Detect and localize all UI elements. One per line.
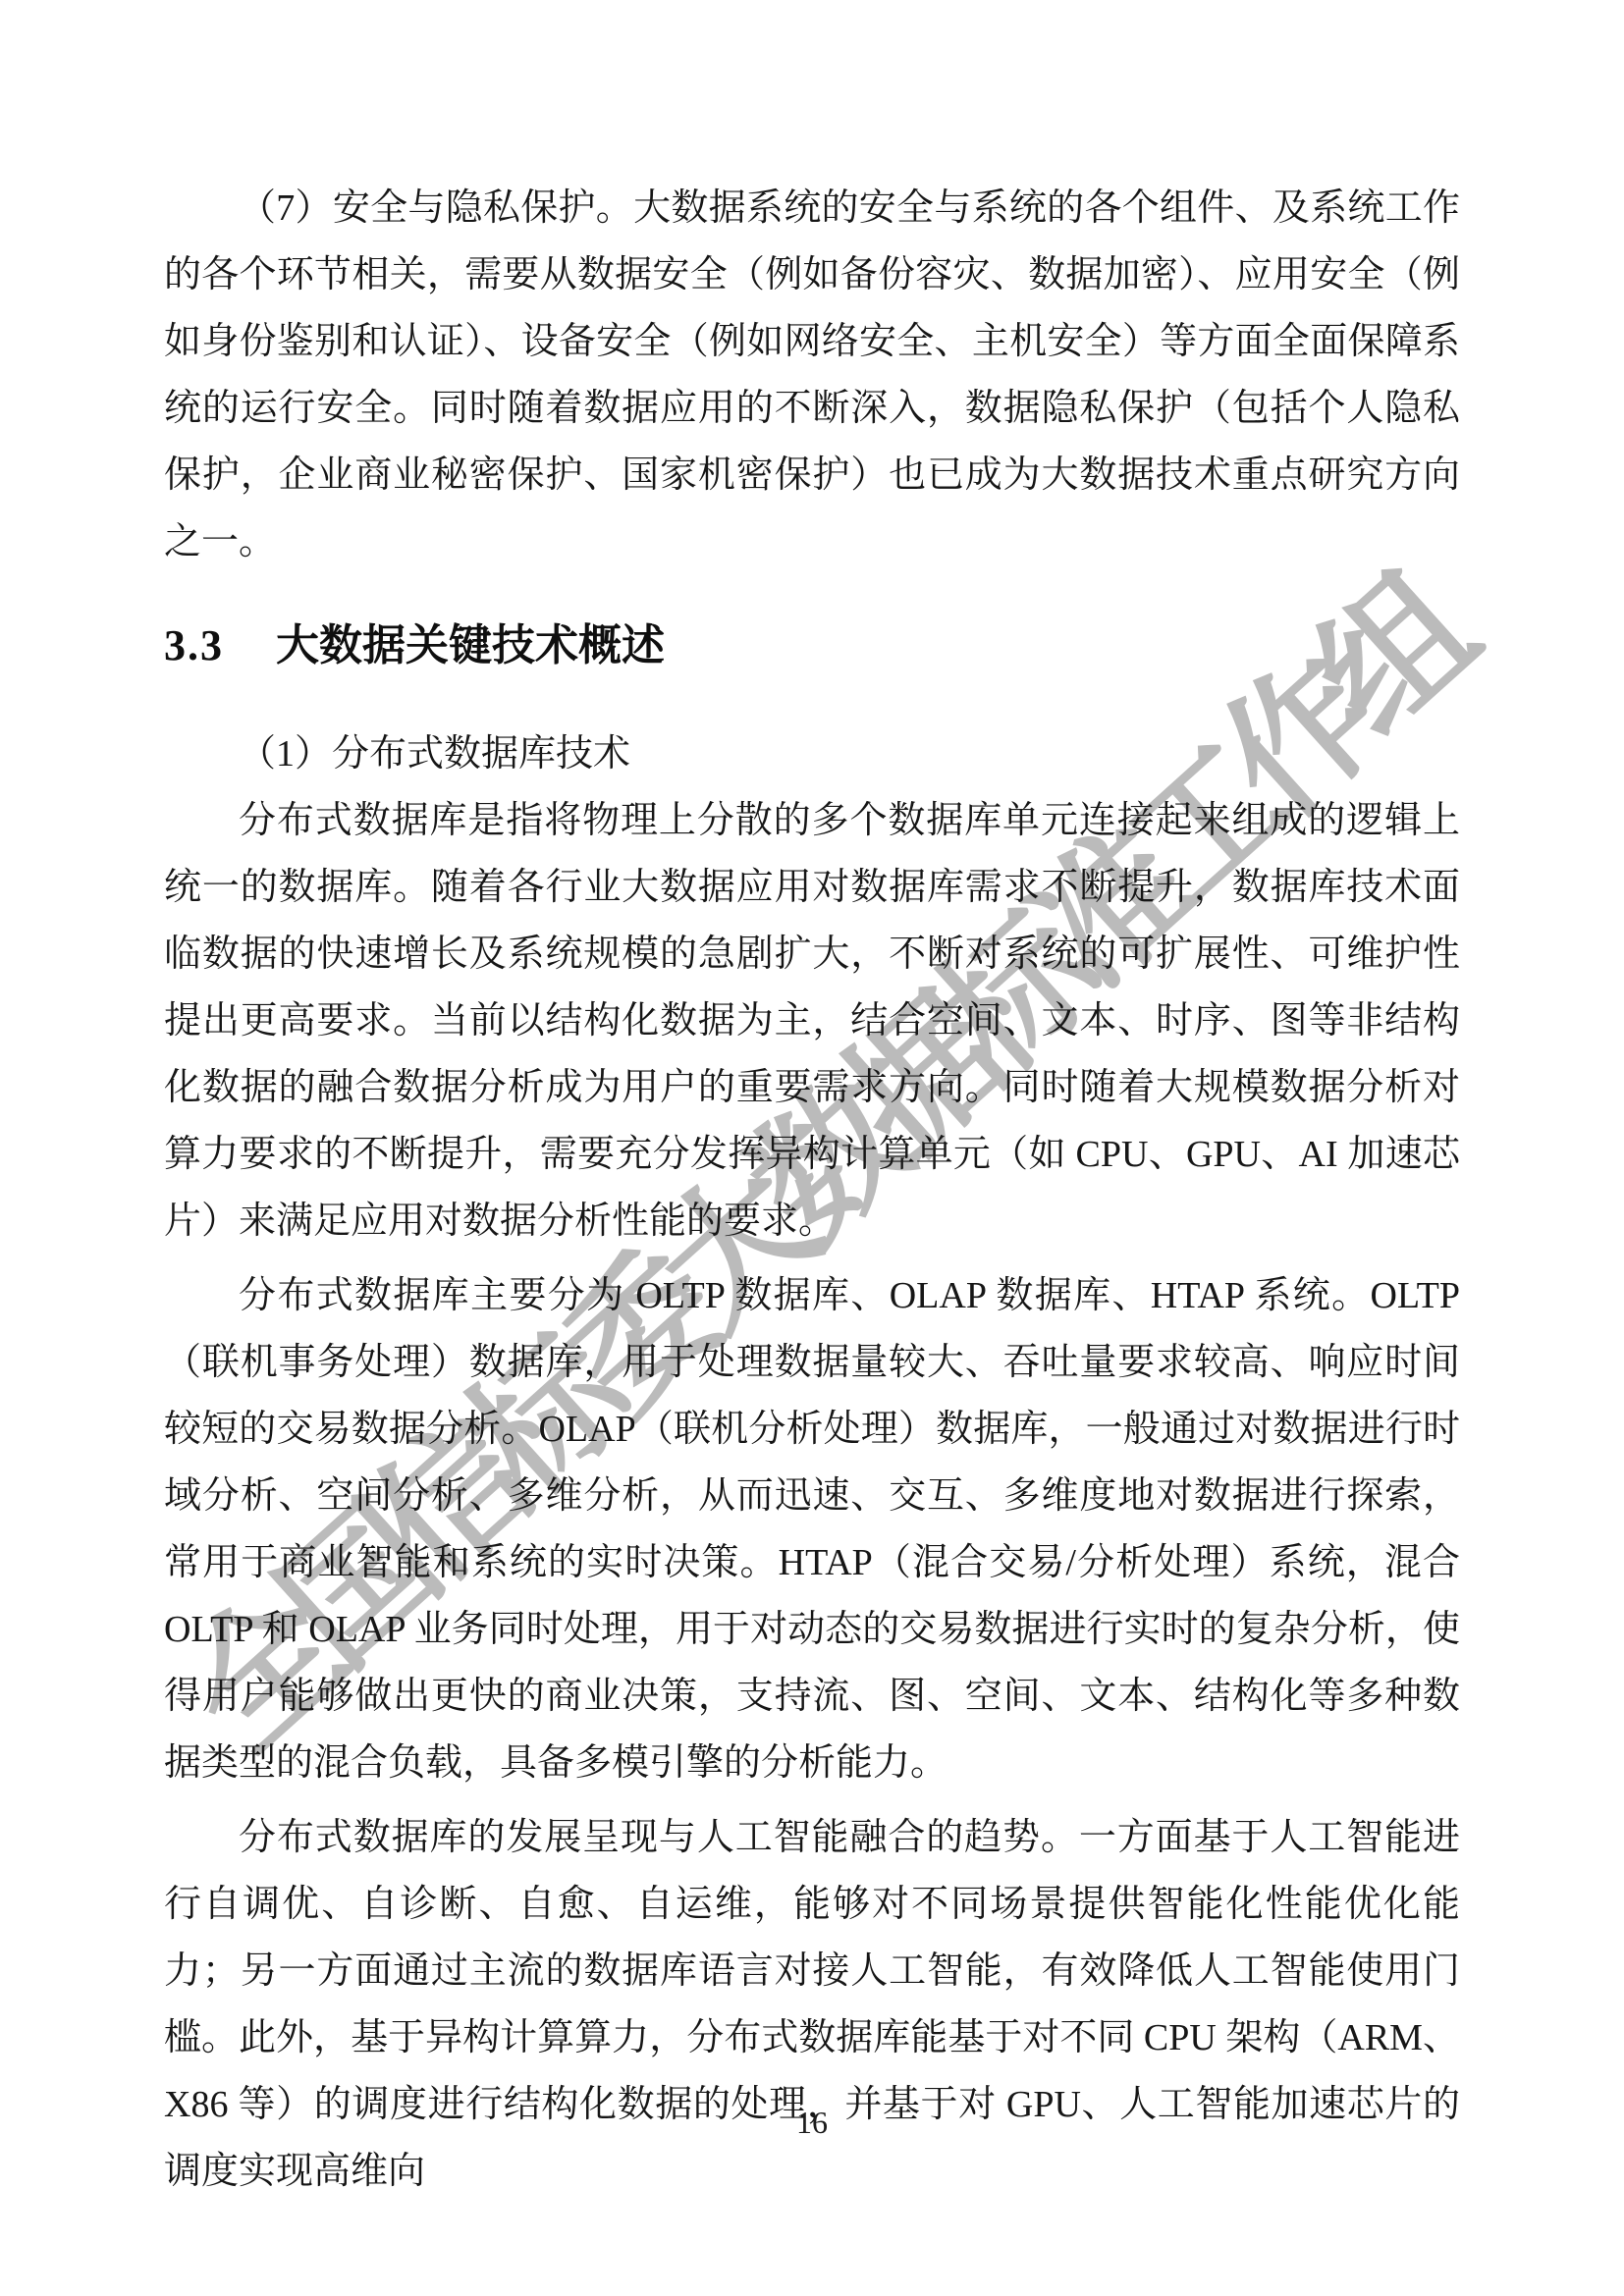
paragraph-security-privacy: （7）安全与隐私保护。大数据系统的安全与系统的各个组件、及系统工作的各个环节相关… [164, 175, 1460, 575]
page-number: 16 [0, 2099, 1624, 2146]
document-page: 全国信标委大数据标准工作组 （7）安全与隐私保护。大数据系统的安全与系统的各个组… [0, 0, 1624, 2296]
paragraph-oltp-olap-htap: 分布式数据库主要分为 OLTP 数据库、OLAP 数据库、HTAP 系统。OLT… [164, 1262, 1460, 1796]
subsection-1-label: （1）分布式数据库技术 [164, 721, 1460, 787]
section-heading-number: 3.3 [164, 621, 224, 669]
section-heading-title: 大数据关键技术概述 [276, 621, 665, 669]
page-content: （7）安全与隐私保护。大数据系统的安全与系统的各个组件、及系统工作的各个环节相关… [164, 175, 1460, 2205]
paragraph-distributed-db-intro: 分布式数据库是指将物理上分散的多个数据库单元连接起来组成的逻辑上统一的数据库。随… [164, 787, 1460, 1255]
section-heading: 3.3 大数据关键技术概述 [164, 611, 1460, 681]
